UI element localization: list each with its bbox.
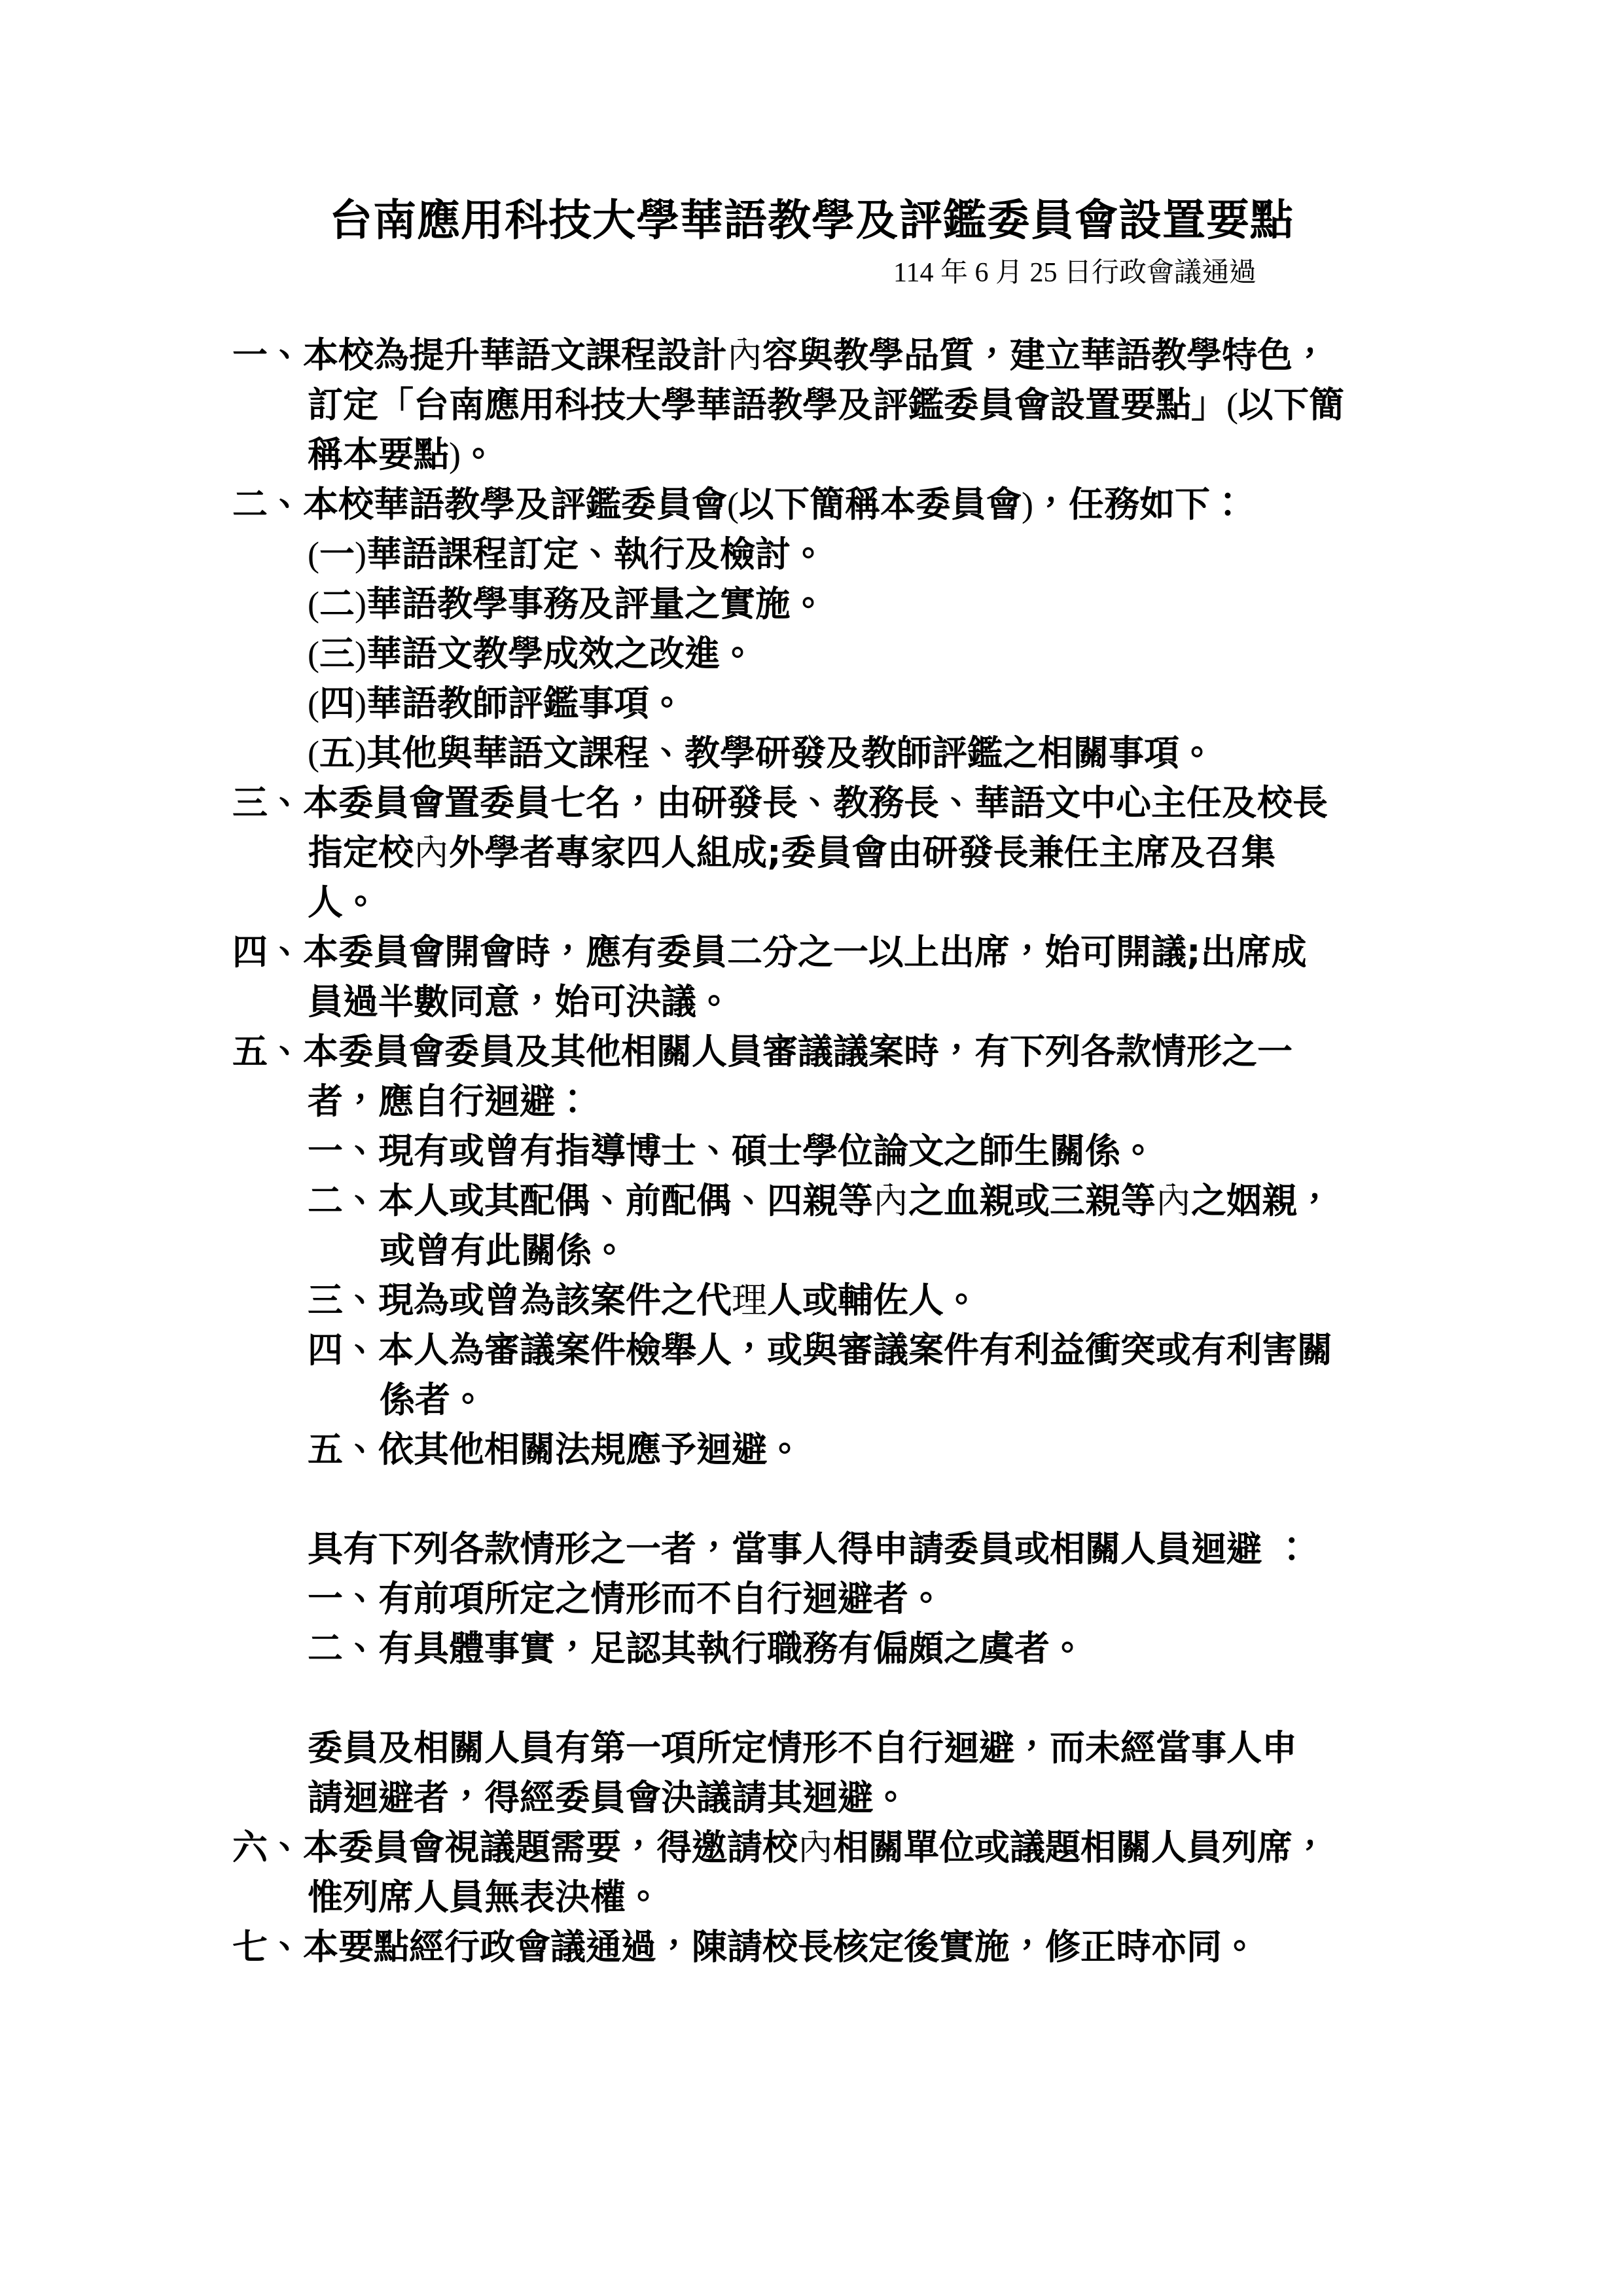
fallback-glyph: 內 [798, 1828, 833, 1867]
fallback-glyph: 內 [1156, 1181, 1191, 1221]
fallback-glyph: ( [1226, 386, 1238, 425]
document-line: 或曾有此關係。 [232, 1226, 1427, 1276]
fallback-glyph: ) [355, 535, 366, 574]
document-line: 一、本校為提升華語文課程設計內容與教學品質，建立華語教學特色， [232, 331, 1427, 380]
document-line: 者，應自行迴避： [232, 1077, 1427, 1126]
fallback-glyph: ( [308, 584, 319, 624]
approval-date-note: 114 年 6 月 25 日行政會議通過 [0, 255, 1623, 291]
document-line: 惟列席人員無表決權。 [232, 1873, 1427, 1922]
fallback-glyph: ( [308, 634, 319, 673]
document-line: (一)華語課程訂定、執行及檢討。 [232, 529, 1427, 579]
fallback-glyph: ) [355, 634, 366, 673]
document-title: 台南應用科技大學華語教學及評鑑委員會設置要點 [0, 0, 1623, 245]
fallback-glyph: ) [449, 435, 461, 475]
document-line: 六、本委員會視議題需要，得邀請校內相關單位或議題相關人員列席， [232, 1823, 1427, 1873]
document-line: 五、依其他相關法規應予迴避。 [232, 1425, 1427, 1475]
document-line: 二、本校華語教學及評鑑委員會(以下簡稱本委員會)，任務如下： [232, 480, 1427, 529]
document-line: 一、現有或曾有指導博士、碩士學位論文之師生關係。 [232, 1126, 1427, 1176]
fallback-glyph: ) [355, 734, 366, 773]
document-line: 指定校內外學者專家四人組成;委員會由研發長兼任主席及召集 [232, 828, 1427, 878]
fallback-glyph: ( [308, 535, 319, 574]
fallback-glyph: 理 [732, 1281, 767, 1320]
fallback-glyph: 內 [414, 833, 449, 872]
fallback-glyph: 內 [727, 336, 762, 375]
fallback-glyph: ) [355, 584, 366, 624]
fallback-glyph: ( [308, 734, 319, 773]
fallback-glyph: ) [1022, 485, 1033, 524]
document-line: 七、本要點經行政會議通過，陳請校長核定後實施，修正時亦同。 [232, 1922, 1427, 1972]
document-line: 訂定「台南應用科技大學華語教學及評鑑委員會設置要點」(以下簡 [232, 380, 1427, 430]
fallback-glyph: ) [355, 684, 366, 723]
document-line: (三)華語文教學成效之改進。 [232, 629, 1427, 679]
document-line: 具有下列各款情形之一者，當事人得申請委員或相關人員迴避 ： [232, 1524, 1427, 1574]
document-line: 五、本委員會委員及其他相關人員審議議案時，有下列各款情形之一 [232, 1027, 1427, 1077]
document-line: 稱本要點)。 [232, 430, 1427, 480]
fallback-glyph: ( [727, 485, 739, 524]
document-line: 係者。 [232, 1375, 1427, 1425]
document-line: 三、現為或曾為該案件之代理人或輔佐人。 [232, 1276, 1427, 1325]
document-line: 請迴避者，得經委員會決議請其迴避。 [232, 1773, 1427, 1823]
document-line: (四)華語教師評鑑事項。 [232, 679, 1427, 728]
document-viewport: { "document": { "title": "台南應用科技大學華語教學及評… [0, 0, 1623, 2296]
document-line: 二、本人或其配偶、前配偶、四親等內之血親或三親等內之姻親， [232, 1176, 1427, 1226]
document-line: (二)華語教學事務及評量之實施。 [232, 579, 1427, 629]
fallback-glyph: ( [308, 684, 319, 723]
document-body: 一、本校為提升華語文課程設計內容與教學品質，建立華語教學特色，訂定「台南應用科技… [0, 331, 1623, 1972]
fallback-glyph: 內 [873, 1181, 908, 1221]
document-line: 四、本人為審議案件檢舉人，或與審議案件有利益衝突或有利害關 [232, 1325, 1427, 1375]
document-page: 台南應用科技大學華語教學及評鑑委員會設置要點 114 年 6 月 25 日行政會… [0, 0, 1623, 2296]
document-line: (五)其他與華語文課程、教學研發及教師評鑑之相關事項。 [232, 728, 1427, 778]
document-line: 一、有前項所定之情形而不自行迴避者。 [232, 1574, 1427, 1624]
document-line: 委員及相關人員有第一項所定情形不自行迴避，而未經當事人申 [232, 1723, 1427, 1773]
document-line: 二、有具體事實，足認其執行職務有偏頗之虞者。 [232, 1624, 1427, 1674]
document-line: 三、本委員會置委員七名，由研發長、教務長、華語文中心主任及校長 [232, 778, 1427, 828]
document-line: 四、本委員會開會時，應有委員二分之一以上出席，始可開議;出席成 [232, 927, 1427, 977]
document-line: 員過半數同意，始可決議。 [232, 977, 1427, 1027]
document-line: 人。 [232, 878, 1427, 927]
